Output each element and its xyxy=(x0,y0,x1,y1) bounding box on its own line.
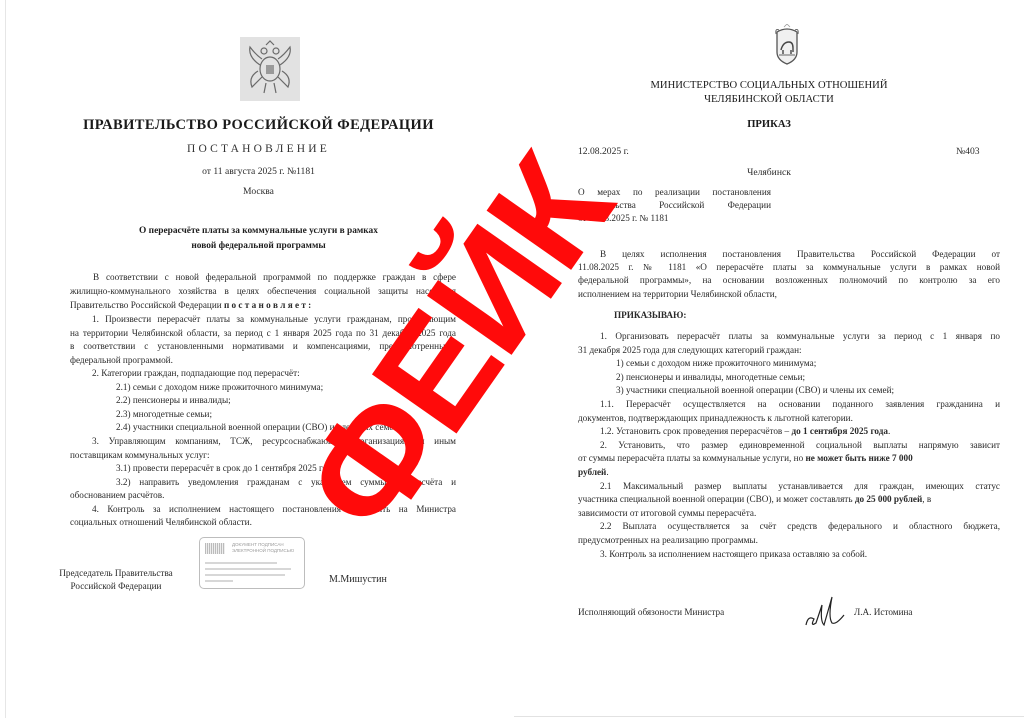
emphasis-text: до 25 000 рублей xyxy=(855,494,922,504)
body-line: 31 декабря 2025 года для следующих катег… xyxy=(578,344,802,357)
signatory-title: Исполняющий обязоности Министра xyxy=(578,606,724,619)
body-line: рублей. xyxy=(578,466,609,479)
preamble-line: Правительство Российской Федерации п о с… xyxy=(70,299,311,312)
stamp-title: ДОКУМЕНТ ПОДПИСАН ЭЛЕКТРОННОЙ ПОДПИСЬЮ xyxy=(232,542,294,554)
preamble-text: Правительство Российской Федерации xyxy=(70,300,222,310)
signatory-title-line: Российской Федерации xyxy=(56,580,176,593)
body-line: исполнением на территории Челябинской об… xyxy=(578,288,777,301)
order-subject-line: О мерах по реализации постановления xyxy=(578,186,771,199)
stamp-crest-icon xyxy=(205,543,225,554)
body-line: 2. Категории граждан, подпадающие под пе… xyxy=(92,367,300,380)
body-line: 3. Контроль за исполнением настоящего пр… xyxy=(600,548,867,561)
body-line: 2) пенсионеры и инвалиды, многодетные се… xyxy=(616,371,805,384)
document-city: Москва xyxy=(6,186,511,197)
order-keyword: ПРИКАЗЫВАЮ: xyxy=(614,309,686,322)
body-line: 3) участники специальной военной операци… xyxy=(616,384,894,397)
signatory-name: Л.А. Истомина xyxy=(854,606,913,619)
body-line: 2.2) пенсионеры и инвалиды; xyxy=(116,394,231,407)
body-line: участника специальной военной операции (… xyxy=(578,493,931,506)
body-line: 1.1. Перерасчёт осуществляется на основа… xyxy=(600,398,1000,411)
body-line: поставщикам коммунальных услуг: xyxy=(70,449,210,462)
body-line: документов, подтверждающих принадлежност… xyxy=(578,412,853,425)
body-line: 1. Организовать перерасчёт платы за комм… xyxy=(600,330,1000,343)
order-number: №403 xyxy=(956,146,980,157)
body-line: федеральной программы», на основании воз… xyxy=(578,274,1000,287)
body-line: от суммы перерасчёта платы за коммунальн… xyxy=(578,452,913,465)
chelyabinsk-coat-of-arms-icon xyxy=(773,24,801,66)
body-line: 2. Установить, что размер единовременной… xyxy=(600,439,1000,452)
issuer-title-line: МИНИСТЕРСТВО СОЦИАЛЬНЫХ ОТНОШЕНИЙ xyxy=(514,80,1024,91)
emphasis-text: не может быть ниже 7 000 xyxy=(805,453,912,463)
body-line: В целях исполнения постановления Правите… xyxy=(600,248,1000,261)
body-line: 2.3) многодетные семьи; xyxy=(116,408,212,421)
document-type: ПРИКАЗ xyxy=(514,119,1024,130)
body-line: предусмотренных на реализацию программы. xyxy=(578,534,758,547)
decree-keyword: п о с т а н о в л я е т : xyxy=(224,300,311,310)
body-line: федеральной программой. xyxy=(70,354,173,367)
body-line: 11.08.2025 г. № 1181 «О перерасчёте плат… xyxy=(578,261,1000,274)
issuer-title-line: ЧЕЛЯБИНСКОЙ ОБЛАСТИ xyxy=(514,94,1024,105)
body-line: 1.2. Установить срок проведения перерасч… xyxy=(600,425,890,438)
handwritten-signature-icon xyxy=(802,595,848,631)
russian-coat-of-arms-icon xyxy=(240,37,300,101)
signatory-name: М.Мишустин xyxy=(329,574,387,585)
body-line: 2.2 Выплата осуществляется за счёт средс… xyxy=(600,520,1000,533)
document-date-number: от 11 августа 2025 г. №1181 xyxy=(6,166,511,177)
order-city: Челябинск xyxy=(514,167,1024,178)
emphasis-text: рублей xyxy=(578,467,606,477)
body-line: 2.1 Максимальный размер выплаты устанавл… xyxy=(600,480,1000,493)
issuer-title: ПРАВИТЕЛЬСТВО РОССИЙСКОЙ ФЕДЕРАЦИИ xyxy=(6,117,511,134)
body-line: социальных отношений Челябинской области… xyxy=(70,516,252,529)
body-line: зависимости от итоговой суммы перерасчёт… xyxy=(578,507,756,520)
regional-order-page: МИНИСТЕРСТВО СОЦИАЛЬНЫХ ОТНОШЕНИЙ ЧЕЛЯБИ… xyxy=(514,0,1024,717)
order-date: 12.08.2025 г. xyxy=(578,146,629,157)
body-line: 1) семьи с доходом ниже прожиточного мин… xyxy=(616,357,816,370)
body-line: обоснованием расчётов. xyxy=(70,489,164,502)
electronic-signature-stamp: ДОКУМЕНТ ПОДПИСАН ЭЛЕКТРОННОЙ ПОДПИСЬЮ xyxy=(199,537,305,589)
body-line: 2.1) семьи с доходом ниже прожиточного м… xyxy=(116,381,323,394)
emphasis-text: до 1 сентября 2025 года xyxy=(791,426,888,436)
signatory-title-line: Председатель Правительства xyxy=(56,567,176,580)
document-type: ПОСТАНОВЛЕНИЕ xyxy=(6,143,511,155)
